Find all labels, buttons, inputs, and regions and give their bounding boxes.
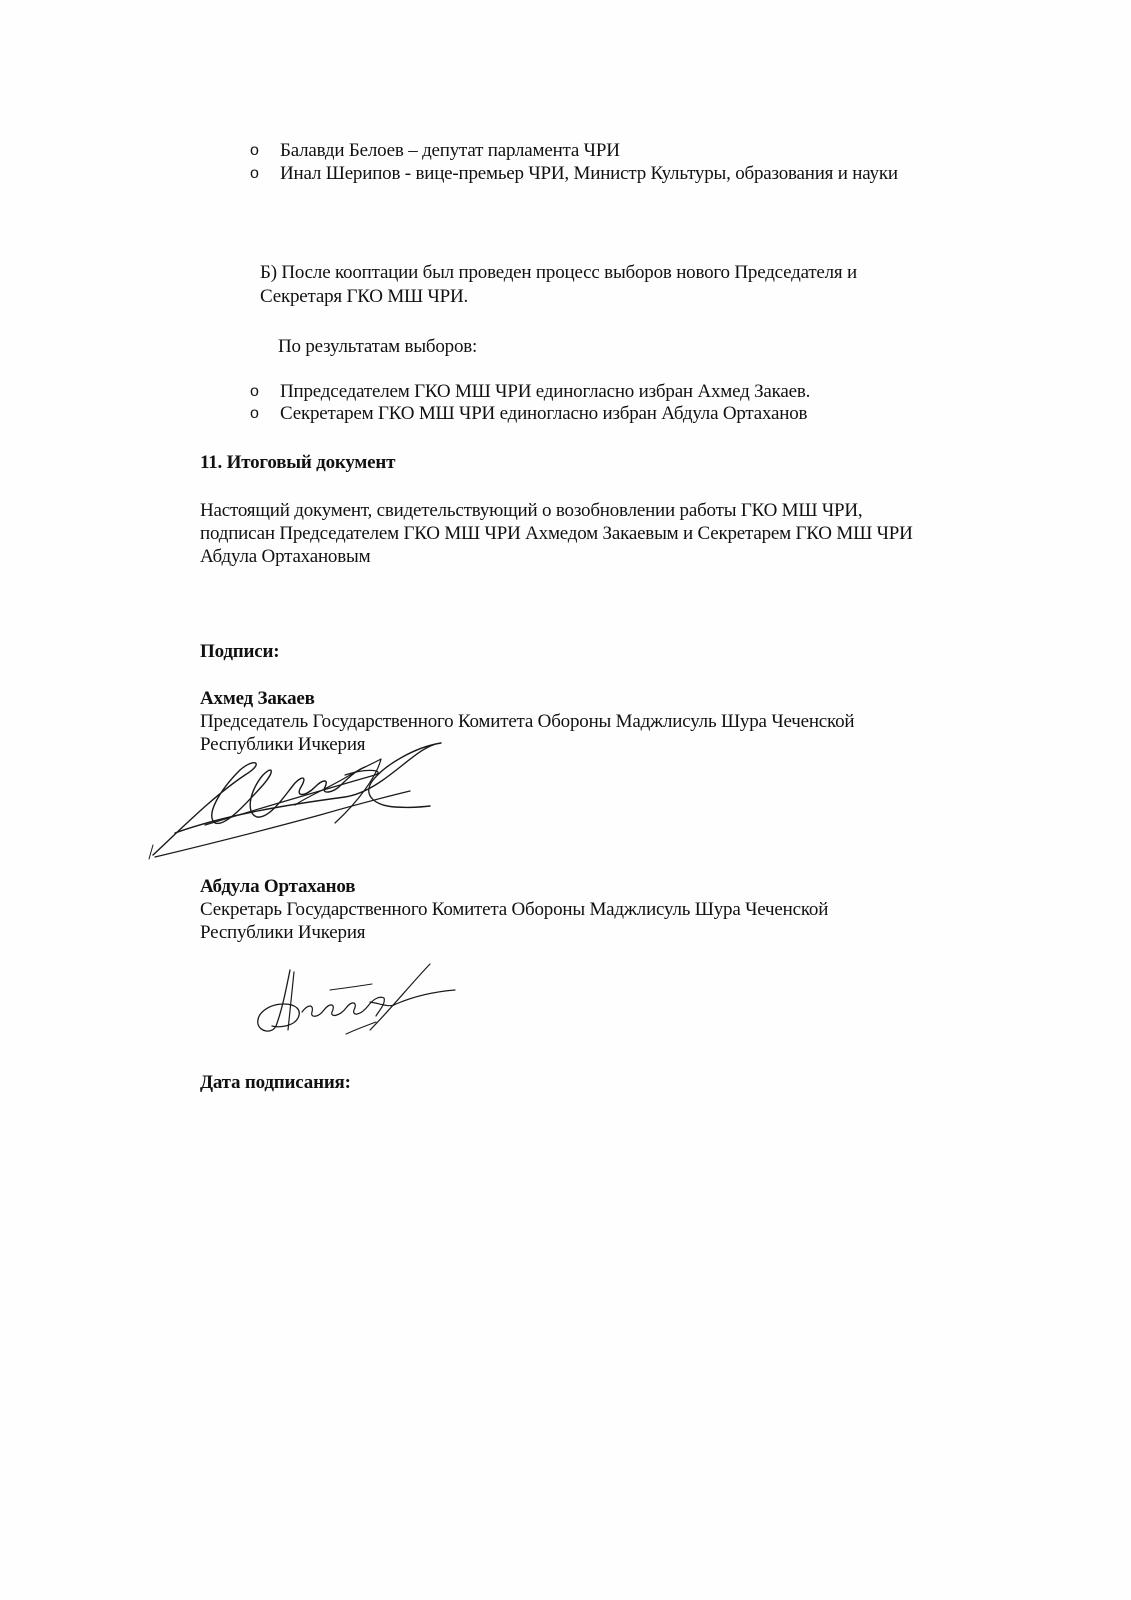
signature-ortakhanov-icon	[250, 960, 460, 1040]
list-item-text: Инал Шерипов - вице-премьер ЧРИ, Министр…	[280, 163, 898, 185]
list-item-text: Секретарем ГКО МШ ЧРИ единогласно избран…	[280, 403, 807, 425]
paragraph-line: подписан Председателем ГКО МШ ЧРИ Ахмедо…	[200, 523, 913, 545]
document-page: o Балавди Белоев – депутат парламента ЧР…	[0, 0, 1131, 1600]
signatures-heading: Подписи:	[200, 641, 279, 663]
section-heading: 11. Итоговый документ	[200, 452, 395, 474]
bullet-icon: o	[250, 383, 259, 401]
signatory-title: Секретарь Государственного Комитета Обор…	[200, 899, 828, 921]
list-item-text: Балавди Белоев – депутат парламента ЧРИ	[280, 140, 620, 162]
paragraph-line: Настоящий документ, свидетельствующий о …	[200, 500, 862, 522]
results-intro: По результатам выборов:	[278, 336, 477, 358]
signatory-title: Республики Ичкерия	[200, 922, 365, 944]
signatory-name: Абдула Ортаханов	[200, 876, 355, 898]
signing-date-label: Дата подписания:	[200, 1072, 351, 1094]
signatory-title: Председатель Государственного Комитета О…	[200, 711, 854, 733]
list-item-text: Ппредседателем ГКО МШ ЧРИ единогласно из…	[280, 381, 810, 403]
bullet-icon: o	[250, 142, 259, 160]
paragraph-line: Б) После кооптации был проведен процесс …	[260, 262, 857, 284]
bullet-icon: o	[250, 165, 259, 183]
paragraph-line: Абдула Ортахановым	[200, 546, 370, 568]
bullet-icon: o	[250, 405, 259, 423]
signature-zakaev-icon	[145, 735, 445, 860]
signatory-name: Ахмед Закаев	[200, 688, 315, 710]
paragraph-line: Секретаря ГКО МШ ЧРИ.	[260, 286, 468, 308]
